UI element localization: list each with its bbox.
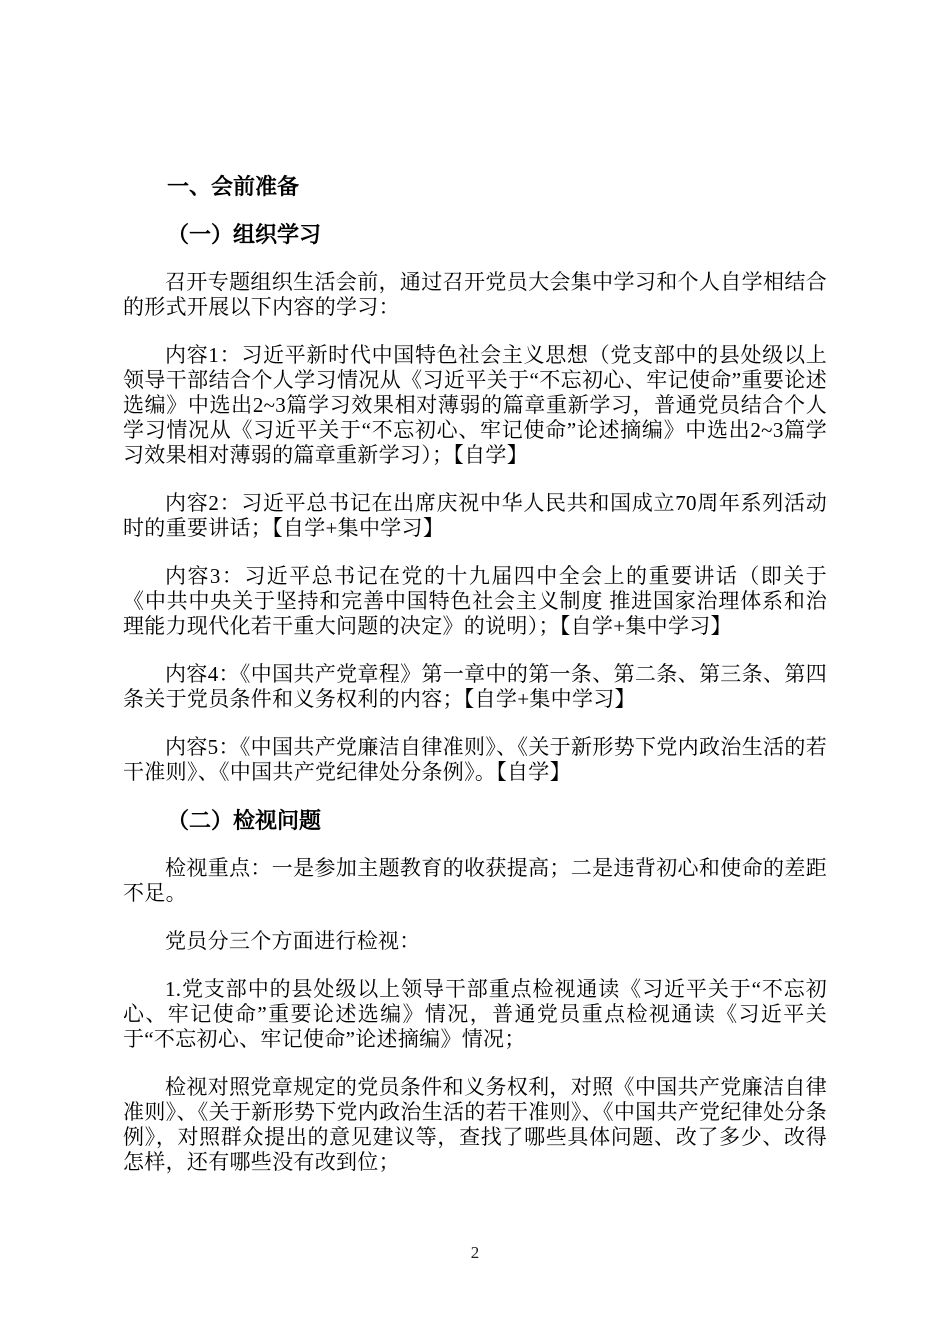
paragraph-review-item-1: 1.党支部中的县处级以上领导干部重点检视通读《习近平关于“不忘初心、牢记使命”重… xyxy=(123,977,827,1052)
paragraph-review-item-2: 检视对照党章规定的党员条件和义务权利，对照《中国共产党廉洁自律准则》、《关于新形… xyxy=(123,1075,827,1175)
paragraph-content-3: 内容3：习近平总书记在党的十九届四中全会上的重要讲话（即关于《中共中央关于坚持和… xyxy=(123,564,827,639)
paragraph-content-5: 内容5：《中国共产党廉洁自律准则》、《关于新形势下党内政治生活的若干准则》、《中… xyxy=(123,735,827,785)
page-number: 2 xyxy=(0,1243,950,1263)
paragraph-content-1: 内容1：习近平新时代中国特色社会主义思想（党支部中的县处级以上领导干部结合个人学… xyxy=(123,343,827,468)
paragraph-study-intro: 召开专题组织生活会前，通过召开党员大会集中学习和个人自学相结合的形式开展以下内容… xyxy=(123,270,827,320)
heading-review-problems: （二）检视问题 xyxy=(123,808,827,833)
heading-organized-study: （一）组织学习 xyxy=(123,222,827,247)
paragraph-review-aspects-intro: 党员分三个方面进行检视： xyxy=(123,929,827,954)
paragraph-review-focus: 检视重点：一是参加主题教育的收获提高；二是违背初心和使命的差距不足。 xyxy=(123,856,827,906)
paragraph-content-4: 内容4：《中国共产党章程》第一章中的第一条、第二条、第三条、第四条关于党员条件和… xyxy=(123,662,827,712)
document-page: 一、会前准备 （一）组织学习 召开专题组织生活会前，通过召开党员大会集中学习和个… xyxy=(0,0,950,1344)
paragraph-content-2: 内容2：习近平总书记在出席庆祝中华人民共和国成立70周年系列活动时的重要讲话；【… xyxy=(123,491,827,541)
document-body: 一、会前准备 （一）组织学习 召开专题组织生活会前，通过召开党员大会集中学习和个… xyxy=(123,174,827,1198)
heading-meeting-preparation: 一、会前准备 xyxy=(123,174,827,199)
